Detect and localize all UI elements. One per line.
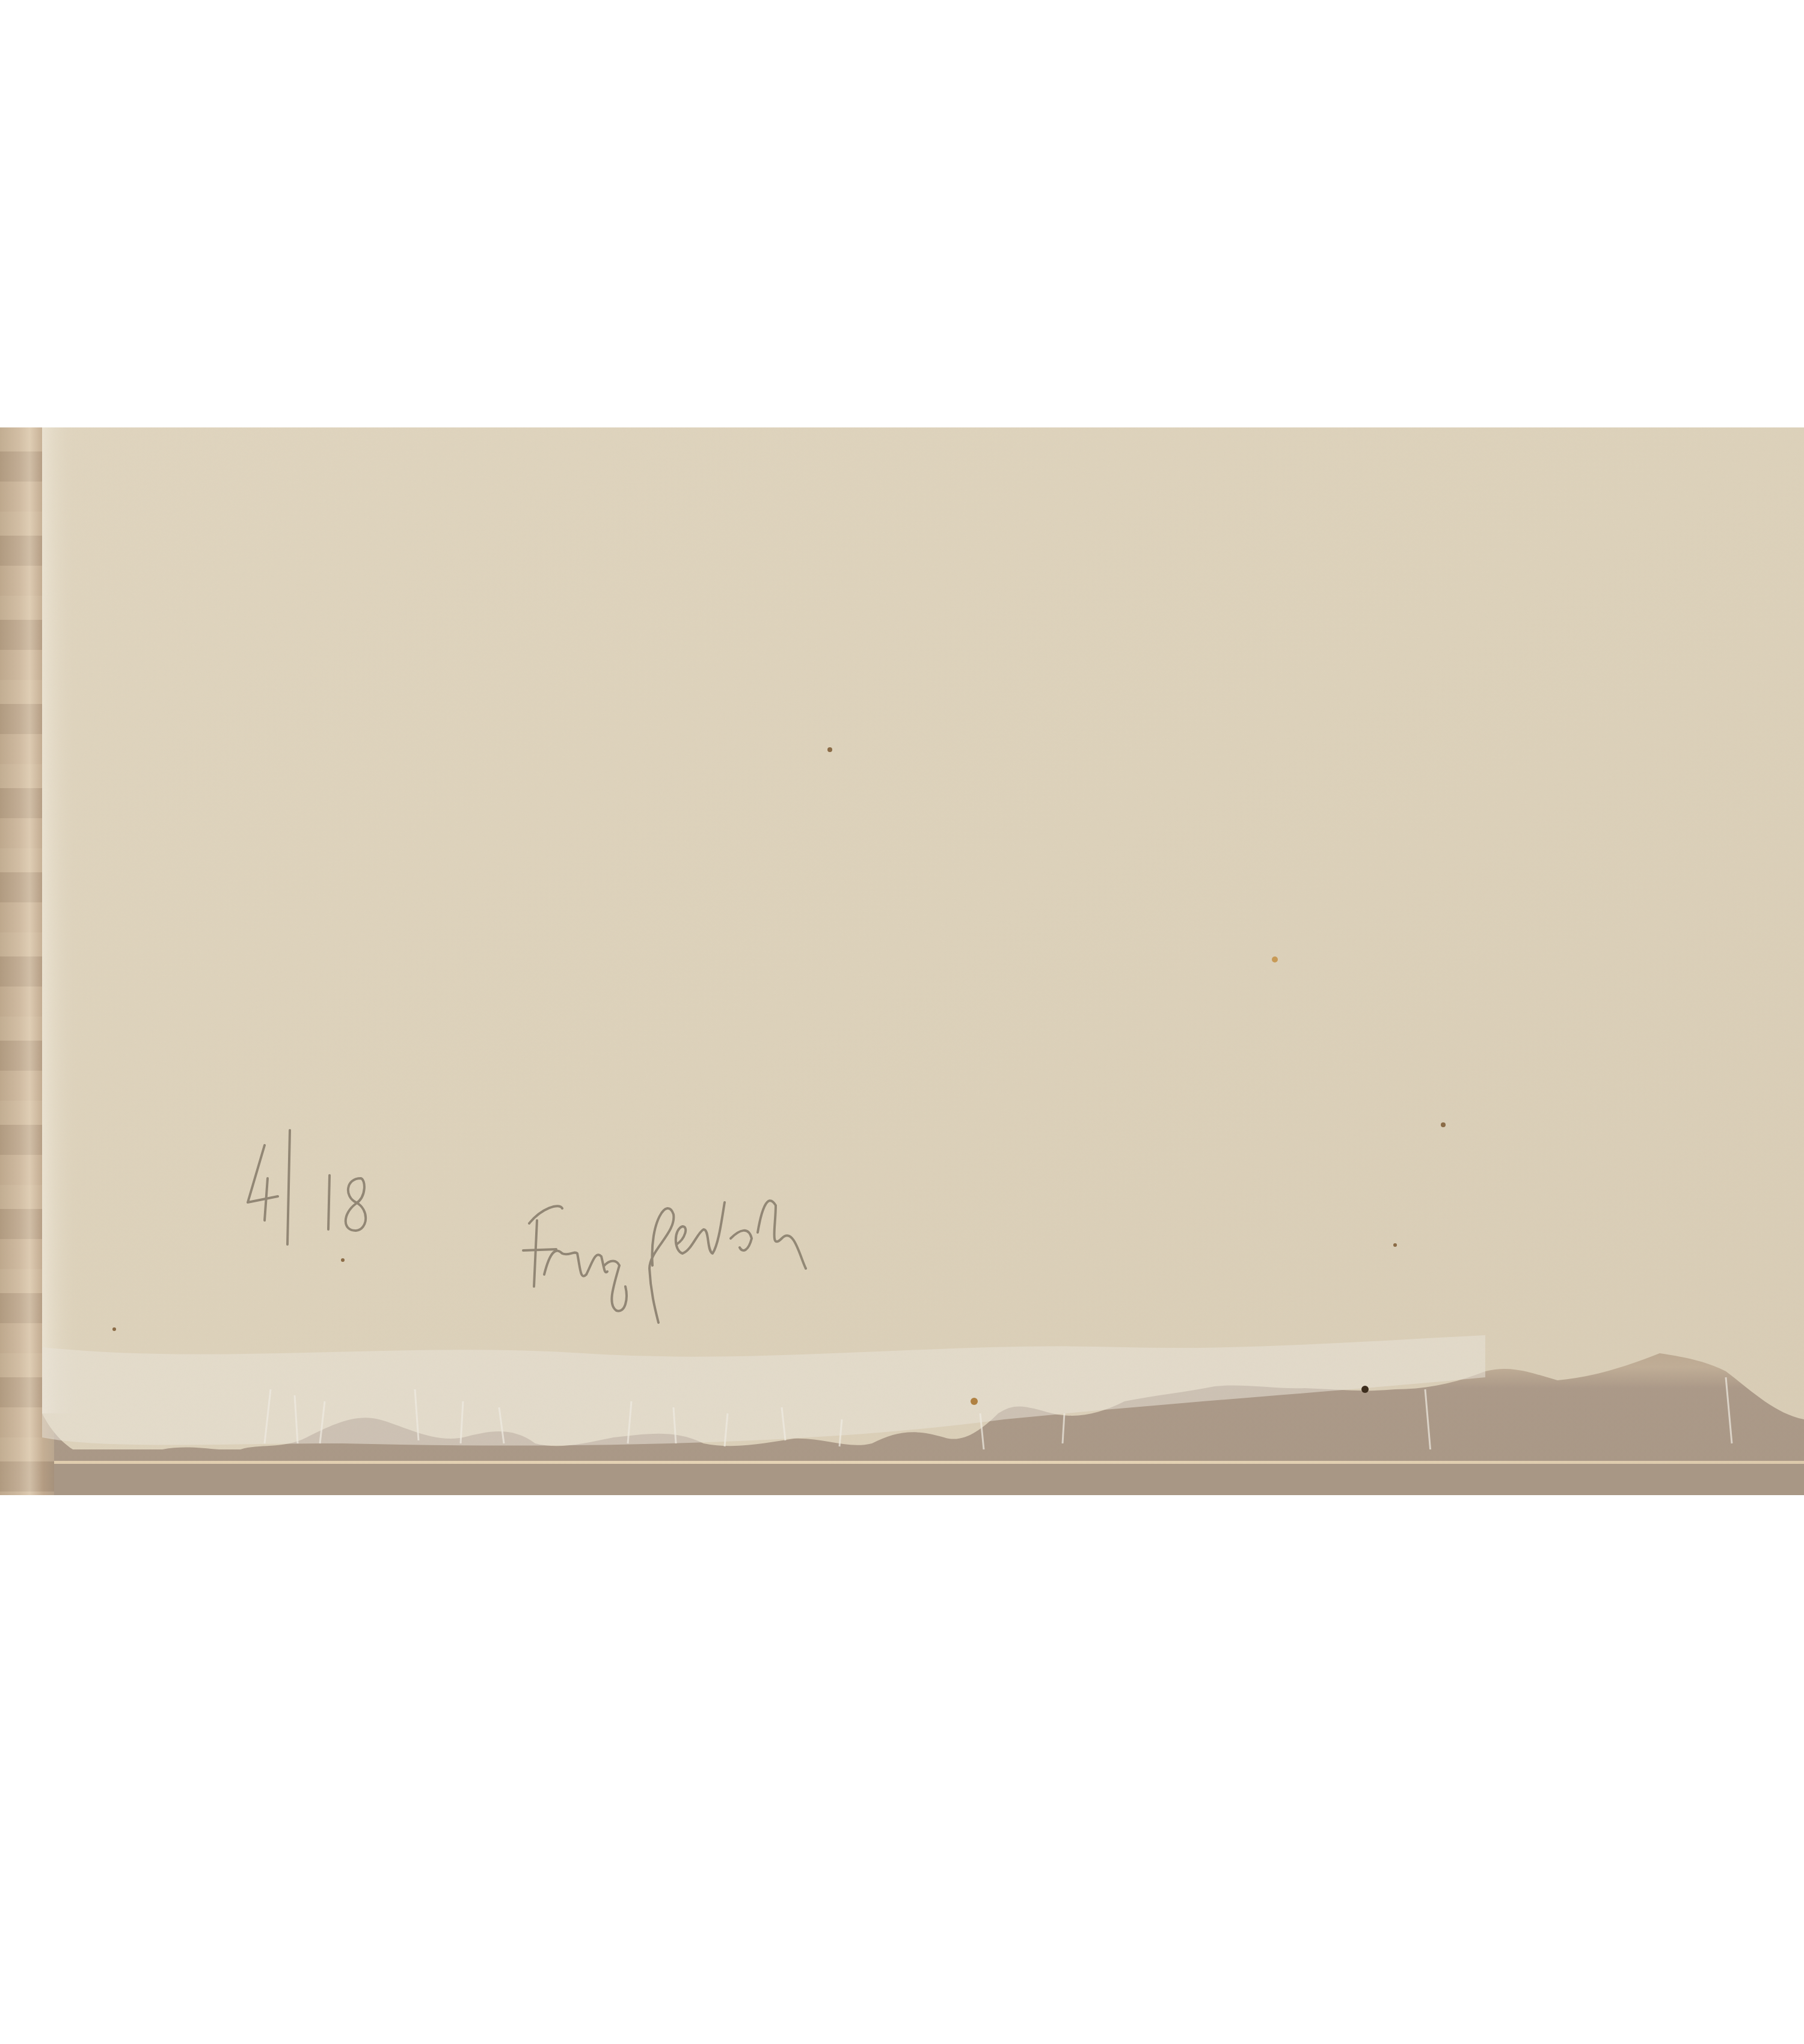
artist-signature-text: Franz Gertsch [0, 0, 1, 1]
paper-sheet [42, 427, 1804, 1449]
edition-number-text: 4/18 [0, 0, 1, 1]
mat-bottom [0, 1464, 1804, 1495]
mat-edge-highlight [0, 1461, 1804, 1464]
artwork-photo [0, 427, 1804, 1495]
